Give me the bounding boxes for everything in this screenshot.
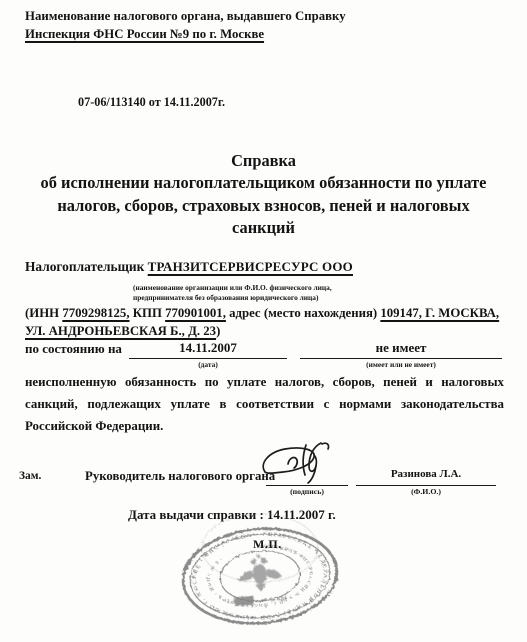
signer-name: Разинова Л.А. — [356, 468, 496, 480]
title-line-4: санкций — [0, 217, 527, 239]
kpp-value: 770901001, — [165, 306, 226, 320]
as-of-label: по состоянию на — [25, 341, 129, 359]
kpp-label: КПП — [133, 306, 162, 320]
taxpayer-note: (наименование организации или Ф.И.О. физ… — [133, 283, 332, 302]
taxpayer-name: ТРАНЗИТСЕРВИСРЕСУРС ООО — [148, 259, 353, 274]
address-part-1: 109147, Г. МОСКВА, — [380, 306, 499, 320]
official-stamp: • УПРАВЛЕНИЕ ФЕДЕРАЛЬНОЙ НАЛОГОВОЙ СЛУЖБ… — [162, 490, 362, 642]
reference-number: 07-06/113140 от 14.11.2007г. — [78, 95, 225, 110]
title-line-2: об исполнении налогоплательщиком обязанн… — [0, 172, 527, 194]
document-title: Справка об исполнении налогоплательщиком… — [0, 150, 527, 240]
issuing-authority-name: Инспекция ФНС России №9 по г. Москве — [25, 27, 264, 42]
title-line-1: Справка — [0, 150, 527, 172]
status-value: не имеет — [376, 340, 427, 355]
title-line-3: налогов, сборов, страховых взносов, пене… — [0, 195, 527, 217]
address-part-2: УЛ. АНДРОНЬЕВСКАЯ Б., Д. 23 — [25, 324, 216, 338]
issuing-authority-label: Наименование налогового органа, выдавшег… — [25, 9, 346, 24]
signature-line: (подпись) — [266, 485, 348, 486]
taxpayer-details-line-1: (ИНН 7709298125, КПП 770901001, адрес (м… — [25, 306, 499, 321]
address-label: адрес (место нахождения) — [229, 306, 377, 320]
address-close-paren: ) — [216, 324, 220, 338]
signature-icon — [258, 441, 352, 487]
status-date-field: 14.11.2007 (дата) — [129, 340, 287, 359]
taxpayer-note-line-2: предпринимателя без образования юридичес… — [133, 293, 332, 303]
taxpayer-line: Налогоплательщик ТРАНЗИТСЕРВИСРЕСУРС ООО — [25, 259, 353, 275]
signer-role: Руководитель налогового органа — [85, 469, 275, 484]
status-date-caption: (дата) — [129, 360, 287, 369]
status-date-value: 14.11.2007 — [179, 340, 237, 355]
inn-value: 7709298125, — [62, 306, 129, 320]
stamp-mp-label: М.П. — [253, 537, 282, 552]
inn-label: (ИНН — [25, 306, 59, 320]
status-row: по состоянию на 14.11.2007 (дата) не име… — [25, 340, 502, 359]
stamp-eagle-emblem — [236, 553, 283, 594]
body-paragraph: неисполненную обязанность по уплате нало… — [25, 371, 504, 437]
deputy-label: Зам. — [19, 470, 41, 482]
taxpayer-label: Налогоплательщик — [25, 259, 144, 274]
signer-name-line: (Ф.И.О.) — [356, 485, 496, 486]
status-value-field: не имеет (имеет или не имеет) — [300, 340, 502, 359]
taxpayer-details-line-2: УЛ. АНДРОНЬЕВСКАЯ Б., Д. 23) — [25, 324, 220, 339]
status-value-caption: (имеет или не имеет) — [300, 360, 502, 369]
document-page: Наименование налогового органа, выдавшег… — [0, 0, 527, 642]
signer-name-caption: (Ф.И.О.) — [356, 487, 496, 496]
taxpayer-note-line-1: (наименование организации или Ф.И.О. физ… — [133, 283, 332, 293]
